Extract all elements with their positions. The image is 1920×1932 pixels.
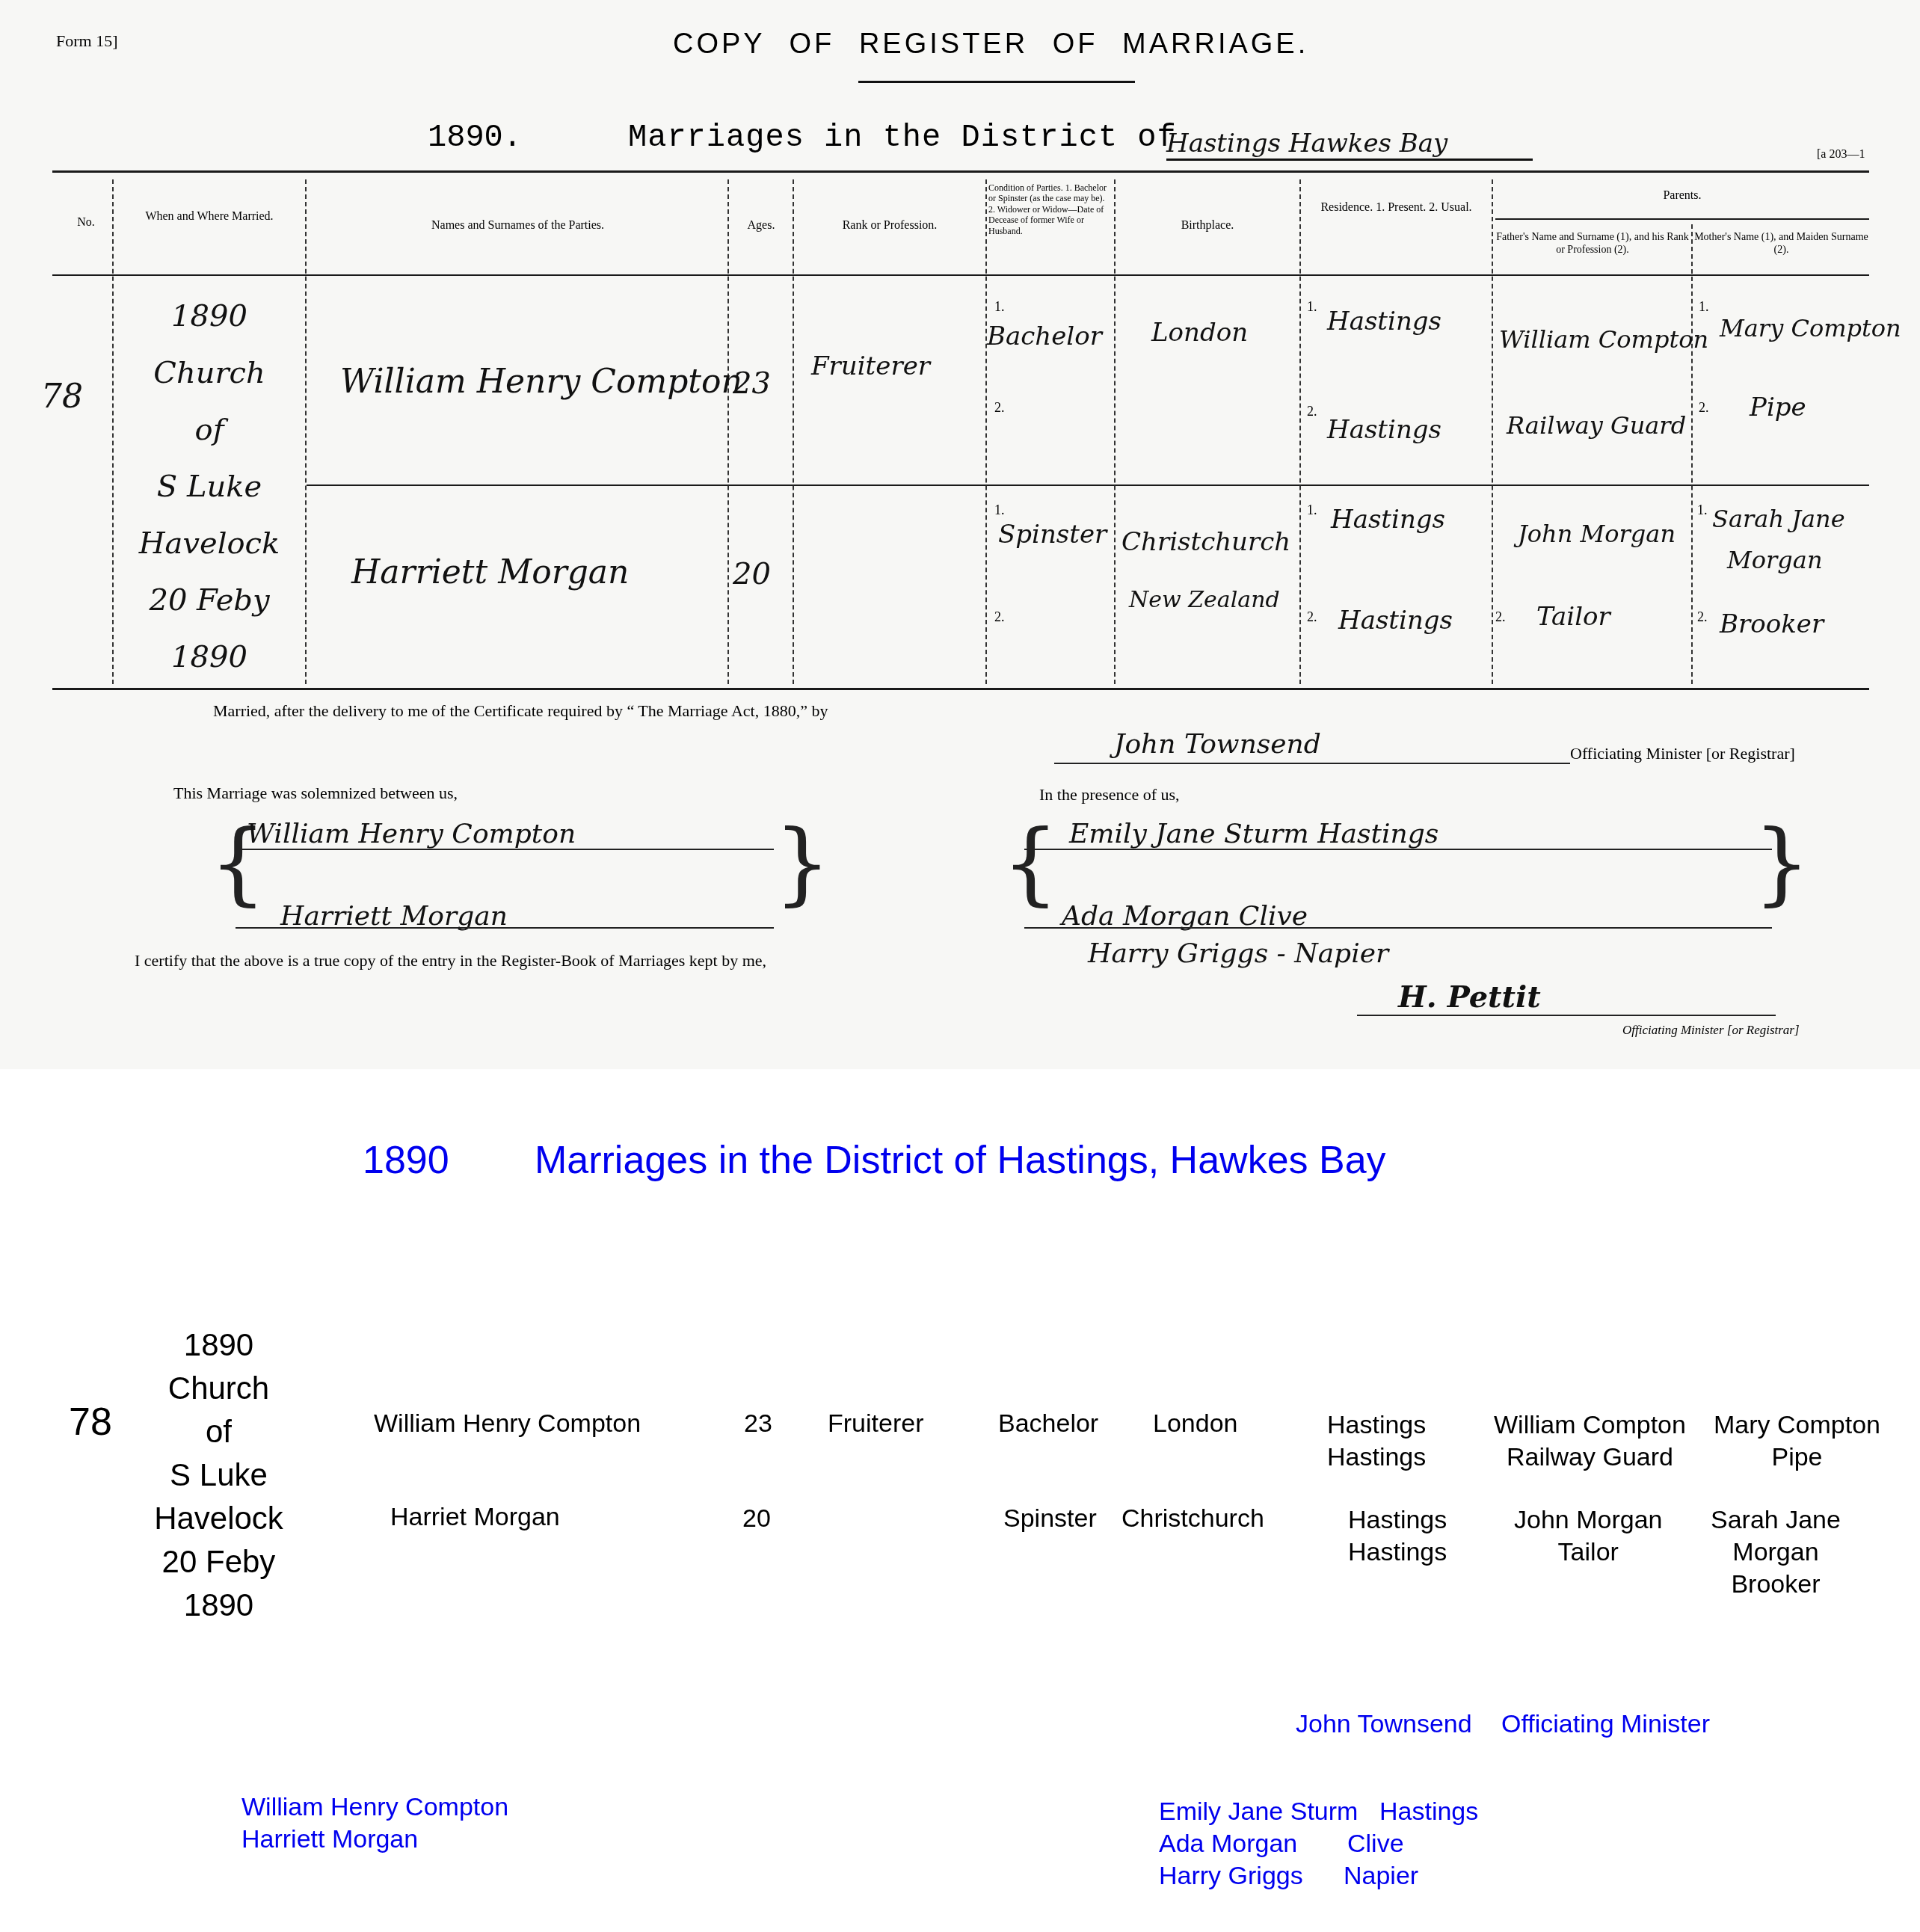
mother-maiden: Brooker <box>1711 1569 1841 1601</box>
col-header-when-where: When and Where Married. <box>120 209 299 224</box>
when-where-line: 20 Feby <box>127 1540 310 1584</box>
form-number: Form 15] <box>56 31 118 51</box>
when-where-line: of <box>127 1410 310 1453</box>
groom-father-name: William Compton <box>1499 325 1708 354</box>
table-bottom-rule <box>52 688 1869 690</box>
certifier-role: Officiating Minister [or Registrar] <box>1622 1023 1800 1038</box>
residence-usual: Hastings <box>1348 1536 1447 1569</box>
married-statement: Married, after the delivery to me of the… <box>213 701 828 721</box>
groom-father-rank: Railway Guard <box>1507 411 1686 440</box>
col-header-names: Names and Surnames of the Parties. <box>314 218 721 233</box>
bride-mother-name-line2: Morgan <box>1727 546 1823 574</box>
col-divider <box>305 179 307 684</box>
party-name: Harriett Morgan <box>241 1824 508 1856</box>
col-header-mother: Mother's Name (1), and Maiden Surname (2… <box>1693 232 1869 257</box>
line-number: 2. <box>994 400 1005 416</box>
mother-name: Sarah Jane <box>1711 1504 1841 1536</box>
when-where-line: Havelock <box>123 515 295 572</box>
groom-condition: Bachelor <box>998 1409 1098 1439</box>
line-number: 2. <box>1697 609 1708 625</box>
party-name: William Henry Compton <box>241 1791 508 1824</box>
table-top-rule <box>52 170 1869 173</box>
bride-name: Harriet Morgan <box>390 1503 560 1532</box>
presence-label: In the presence of us, <box>1039 785 1180 805</box>
when-where-line: Havelock <box>127 1497 310 1540</box>
transcription-entry-number: 78 <box>69 1400 112 1445</box>
groom-name: William Henry Compton <box>374 1409 641 1439</box>
document-title: COPY OF REGISTER OF MARRIAGE. <box>673 28 1308 61</box>
groom-rank: Fruiterer <box>828 1409 923 1439</box>
groom-residence: Hastings Hastings <box>1327 1409 1426 1474</box>
groom-signature: William Henry Compton <box>247 819 576 849</box>
col-divider <box>727 179 729 684</box>
residence-present: Hastings <box>1327 1409 1426 1442</box>
when-where-line: 20 Feby <box>123 572 295 629</box>
when-where-line: S Luke <box>123 458 295 515</box>
line-number: 2. <box>1307 404 1317 419</box>
transcription-officiant-role: Officiating Minister <box>1501 1710 1710 1739</box>
solemnized-label: This Marriage was solemnized between us, <box>173 784 458 803</box>
form-code: [a 203—1 <box>1817 148 1865 161</box>
col-header-no: No. <box>64 215 108 230</box>
line-number: 1. <box>1307 299 1317 315</box>
bride-residence: Hastings Hastings <box>1348 1504 1447 1569</box>
groom-rank-handwritten: Fruiterer <box>811 351 930 381</box>
bride-father-rank: Tailor <box>1536 602 1610 632</box>
col-header-father: Father's Name and Surname (1), and his R… <box>1495 232 1690 257</box>
header-bottom-rule <box>52 274 1869 276</box>
groom-age-handwritten: 23 <box>733 366 771 401</box>
signature-line <box>236 927 774 929</box>
bride-age: 20 <box>742 1504 771 1533</box>
bride-birthplace-line2: New Zealand <box>1129 587 1280 613</box>
groom-age: 23 <box>744 1409 772 1439</box>
groom-residence-usual: Hastings <box>1327 415 1441 445</box>
line-number: 1. <box>994 299 1005 315</box>
col-divider <box>793 179 794 684</box>
when-where-line: of <box>123 402 295 458</box>
line-number: 1. <box>1699 299 1709 315</box>
groom-mother-name: Mary Compton <box>1720 314 1901 342</box>
col-divider <box>1114 179 1116 684</box>
bride-birthplace: Christchurch <box>1121 1504 1264 1533</box>
certifier-signature: H. Pettit <box>1398 979 1541 1015</box>
when-where-line: Church <box>123 345 295 402</box>
bride-residence-usual: Hastings <box>1338 606 1453 636</box>
col-divider <box>1299 179 1301 684</box>
when-where-line: 1890 <box>127 1584 310 1627</box>
scanned-certificate: Form 15] COPY OF REGISTER OF MARRIAGE. 1… <box>0 0 1920 1069</box>
father-rank: Tailor <box>1514 1536 1662 1569</box>
witness-signature-1: Emily Jane Sturm Hastings <box>1069 819 1439 849</box>
col-header-residence: Residence. 1. Present. 2. Usual. <box>1305 200 1488 215</box>
groom-name-handwritten: William Henry Compton <box>340 363 742 401</box>
groom-condition-handwritten: Bachelor <box>987 322 1102 351</box>
mother-maiden: Pipe <box>1714 1442 1880 1474</box>
father-rank: Railway Guard <box>1494 1442 1686 1474</box>
when-where-line: Church <box>127 1367 310 1410</box>
witness-signature-3: Harry Griggs - Napier <box>1088 938 1388 969</box>
signature-line <box>236 849 774 850</box>
signature-line <box>1024 927 1772 929</box>
bride-condition: Spinster <box>1003 1504 1097 1533</box>
groom-birthplace-handwritten: London <box>1151 318 1248 348</box>
officiant-signature-line <box>1054 763 1570 764</box>
residence-present: Hastings <box>1348 1504 1447 1536</box>
col-header-condition: Condition of Parties. 1. Bachelor or Spi… <box>988 182 1112 236</box>
title-underline <box>858 81 1135 83</box>
right-brace: } <box>774 819 831 908</box>
transcription-witness-names: Emily Jane Sturm Ada Morgan Harry Griggs <box>1159 1796 1358 1892</box>
certify-statement: I certify that the above is a true copy … <box>135 951 766 970</box>
witness-place: Napier <box>1344 1860 1478 1892</box>
col-header-parents: Parents. <box>1495 188 1869 203</box>
entry-number: 78 <box>41 378 83 416</box>
bride-father: John Morgan Tailor <box>1514 1504 1662 1569</box>
register-year: 1890. <box>428 120 522 156</box>
groom-father: William Compton Railway Guard <box>1494 1409 1686 1474</box>
line-number: 2. <box>1699 400 1709 416</box>
line-number: 2. <box>1495 609 1506 625</box>
row-divider <box>307 484 1869 486</box>
line-number: 1. <box>1307 502 1317 518</box>
transcription-parties: William Henry Compton Harriett Morgan <box>241 1791 508 1856</box>
when-where-line: 1890 <box>123 288 295 345</box>
parents-rule <box>1495 218 1869 220</box>
col-header-ages: Ages. <box>731 218 791 233</box>
bride-mother: Sarah Jane Morgan Brooker <box>1711 1504 1841 1601</box>
bride-age-handwritten: 20 <box>733 557 771 591</box>
bride-mother-name-line1: Sarah Jane <box>1712 505 1845 533</box>
right-brace: } <box>1753 819 1810 908</box>
certifier-signature-line <box>1357 1015 1776 1016</box>
transcription-witness-places: Hastings Clive Napier <box>1344 1796 1478 1892</box>
when-where-handwritten: 1890 Church of S Luke Havelock 20 Feby 1… <box>123 288 295 686</box>
line-number: 1. <box>1697 502 1708 518</box>
transcription-year: 1890 <box>363 1138 449 1183</box>
father-name: William Compton <box>1494 1409 1686 1442</box>
residence-usual: Hastings <box>1327 1442 1426 1474</box>
bride-father-name: John Morgan <box>1518 520 1676 548</box>
transcription-when-where: 1890 Church of S Luke Havelock 20 Feby 1… <box>127 1323 310 1627</box>
col-header-rank: Rank or Profession. <box>796 218 983 233</box>
officiant-role: Officiating Minister [or Registrar] <box>1570 744 1795 763</box>
district-handwritten: Hastings Hawkes Bay <box>1166 129 1533 161</box>
witness-name: Harry Griggs <box>1159 1860 1358 1892</box>
line-number: 2. <box>994 609 1005 625</box>
line-number: 1. <box>994 502 1005 518</box>
groom-birthplace: London <box>1153 1409 1237 1439</box>
district-label: Marriages in the District of <box>628 120 1177 156</box>
bride-residence-present: Hastings <box>1331 505 1445 535</box>
witness-name: Ada Morgan <box>1159 1828 1358 1860</box>
witness-name: Emily Jane Sturm <box>1159 1796 1358 1828</box>
signature-line <box>1024 849 1772 850</box>
when-where-line: 1890 <box>123 629 295 686</box>
bride-birthplace-line1: Christchurch <box>1121 527 1290 557</box>
mother-surname: Morgan <box>1711 1536 1841 1569</box>
col-divider <box>1492 179 1493 684</box>
bride-mother-maiden: Brooker <box>1720 609 1824 639</box>
bride-condition-handwritten: Spinster <box>998 520 1107 550</box>
transcription-officiant-name: John Townsend <box>1296 1710 1472 1739</box>
when-where-line: 1890 <box>127 1323 310 1367</box>
col-divider <box>1691 224 1693 684</box>
col-header-birthplace: Birthplace. <box>1118 218 1297 233</box>
left-brace: { <box>1002 819 1059 908</box>
when-where-line: S Luke <box>127 1453 310 1497</box>
bride-name-handwritten: Harriett Morgan <box>351 553 629 591</box>
groom-mother-maiden: Pipe <box>1750 393 1806 422</box>
officiant-signature: John Townsend <box>1114 729 1321 760</box>
col-divider <box>112 179 114 684</box>
witness-place: Clive <box>1347 1828 1478 1860</box>
father-name: John Morgan <box>1514 1504 1662 1536</box>
mother-name: Mary Compton <box>1714 1409 1880 1442</box>
col-divider <box>985 179 987 684</box>
line-number: 2. <box>1307 609 1317 625</box>
transcription-title: Marriages in the District of Hastings, H… <box>535 1138 1386 1183</box>
witness-place: Hastings <box>1379 1796 1478 1828</box>
groom-residence-present: Hastings <box>1327 307 1441 336</box>
groom-mother: Mary Compton Pipe <box>1714 1409 1880 1474</box>
